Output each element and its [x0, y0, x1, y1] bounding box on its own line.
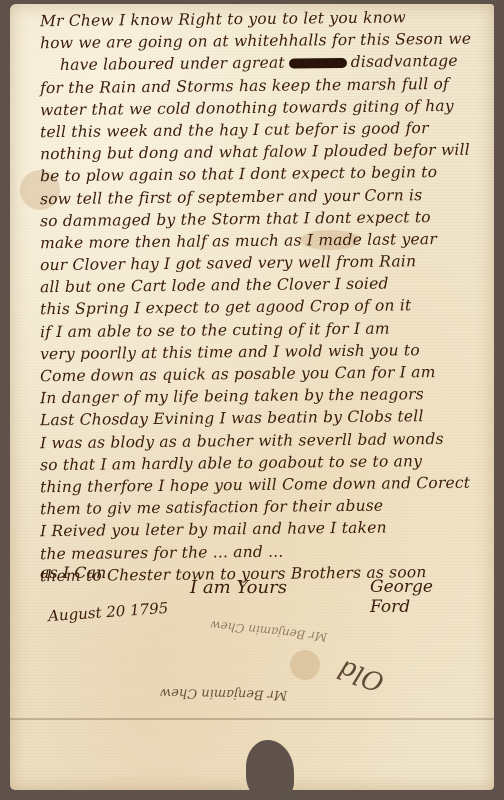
- water-stain: [290, 650, 320, 680]
- fold-crease: [10, 718, 494, 720]
- address-endorsement: Mr Benjamin Chew: [160, 685, 287, 702]
- signature: George Ford: [370, 577, 470, 617]
- letter-text: have laboured under agreat: [60, 54, 285, 74]
- letter-text: disadvantage: [351, 52, 458, 71]
- closing-phrase: I am Yours: [190, 577, 287, 598]
- letter-body: Mr Chew I know Right to you to let you k…: [40, 8, 460, 585]
- redacted-word: [289, 58, 347, 69]
- letter-line: as I Can: [40, 563, 106, 582]
- letter-closing: as I Can I am Yours George Ford August 2…: [40, 563, 470, 582]
